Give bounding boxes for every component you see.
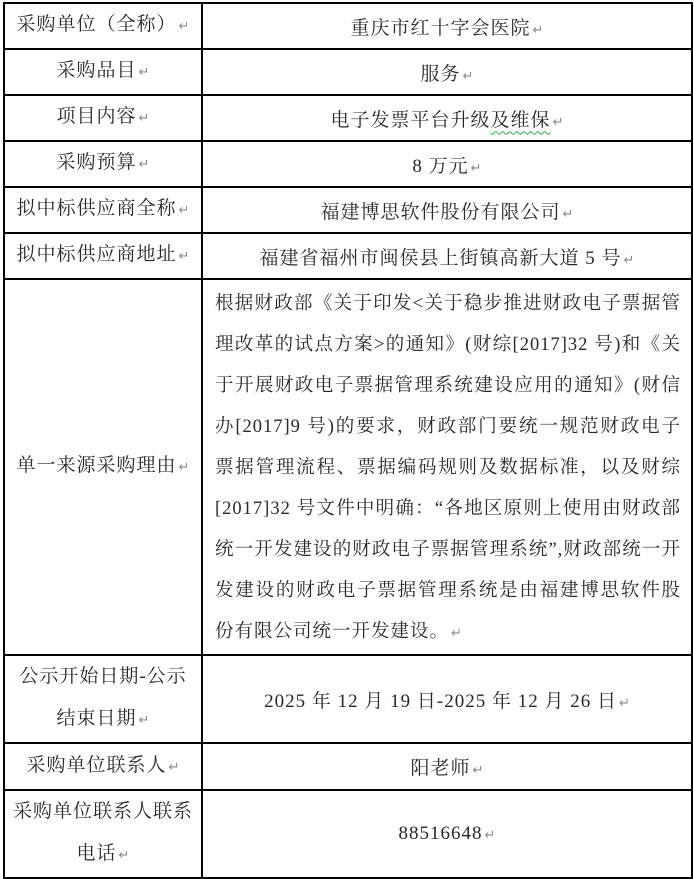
value-text: 服务 (421, 64, 461, 85)
label-text: 拟中标供应商全称 (17, 198, 177, 219)
procurement-announcement-table: 采购单位（全称）↵ 重庆市红十字会医院↵ 采购品目↵ 服务↵ 项目内容↵ 电子发… (3, 2, 693, 815)
paragraph-mark-icon: ↵ (624, 253, 635, 268)
value-text: 重庆市红十字会医院 (351, 18, 531, 39)
row-label-contact-phone: 采购单位联系人联系电话↵ (4, 790, 202, 815)
label-text: 项目内容 (57, 106, 137, 127)
paragraph-mark-icon: ↵ (169, 760, 180, 775)
value-text: 电子发票平台升级 (331, 110, 491, 131)
row-label-project-content: 项目内容↵ (4, 95, 202, 141)
row-value-purchasing-unit: 重庆市红十字会医院↵ (202, 3, 692, 49)
value-text: 福建省福州市闽侯县上街镇高新大道 5 号 (260, 248, 622, 269)
table-row: 公示开始日期-公示结束日期↵ 2025 年 12 月 19 日-2025 年 1… (4, 655, 692, 743)
paragraph-mark-icon: ↵ (619, 696, 630, 711)
label-text: 单一来源采购理由 (17, 455, 177, 476)
paragraph-mark-icon: ↵ (553, 115, 564, 130)
label-text: 采购预算 (57, 152, 137, 173)
table-row: 采购单位（全称）↵ 重庆市红十字会医院↵ (4, 3, 692, 49)
paragraph-mark-icon: ↵ (463, 69, 474, 84)
row-value-contact-person: 阳老师↵ (202, 743, 692, 790)
label-text: 公示开始日期-公示结束日期 (19, 666, 186, 729)
row-label-winning-supplier-address: 拟中标供应商地址↵ (4, 233, 202, 279)
row-value-contact-phone: 88516648↵ (202, 790, 692, 815)
paragraph-mark-icon: ↵ (179, 249, 190, 264)
row-value-single-source-reason: 根据财政部《关于印发<关于稳步推进财政电子票据管理改革的试点方案>的通知》(财综… (202, 279, 692, 655)
row-value-winning-supplier-address: 福建省福州市闽侯县上街镇高新大道 5 号↵ (202, 233, 692, 279)
row-value-project-content: 电子发票平台升级及维保↵ (202, 95, 692, 141)
paragraph-mark-icon: ↵ (179, 460, 190, 475)
table-row: 采购单位联系人↵ 阳老师↵ (4, 743, 692, 790)
paragraph-mark-icon: ↵ (179, 203, 190, 218)
table-row: 采购单位联系人联系电话↵ 88516648↵ (4, 790, 692, 815)
paragraph-mark-icon: ↵ (471, 161, 482, 176)
paragraph-mark-icon: ↵ (139, 713, 150, 728)
table-row: 采购预算↵ 8 万元↵ (4, 141, 692, 187)
table-row: 单一来源采购理由↵ 根据财政部《关于印发<关于稳步推进财政电子票据管理改革的试点… (4, 279, 692, 655)
grammar-underlined-text: 及维保 (491, 110, 551, 131)
row-value-budget: 8 万元↵ (202, 141, 692, 187)
row-value-publicity-period: 2025 年 12 月 19 日-2025 年 12 月 26 日↵ (202, 655, 692, 743)
paragraph-mark-icon: ↵ (139, 111, 150, 126)
label-text: 采购品目 (57, 60, 137, 81)
row-label-procurement-category: 采购品目↵ (4, 49, 202, 95)
value-text: 2025 年 12 月 19 日-2025 年 12 月 26 日 (264, 691, 617, 712)
value-text: 阳老师 (411, 758, 471, 779)
row-label-winning-supplier-name: 拟中标供应商全称↵ (4, 187, 202, 233)
paragraph-mark-icon: ↵ (139, 157, 150, 172)
paragraph-mark-icon: ↵ (563, 207, 574, 222)
paragraph-mark-icon: ↵ (451, 626, 462, 641)
label-text: 采购单位联系人 (27, 755, 167, 776)
row-value-procurement-category: 服务↵ (202, 49, 692, 95)
label-text: 采购单位（全称） (17, 14, 177, 35)
paragraph-mark-icon: ↵ (473, 763, 484, 778)
label-text: 采购单位联系人联系电话 (13, 801, 193, 815)
row-value-winning-supplier-name: 福建博思软件股份有限公司↵ (202, 187, 692, 233)
row-label-contact-person: 采购单位联系人↵ (4, 743, 202, 790)
value-text: 8 万元 (412, 156, 468, 177)
label-text: 拟中标供应商地址 (17, 244, 177, 265)
value-text: 福建博思软件股份有限公司 (321, 202, 561, 223)
paragraph-mark-icon: ↵ (179, 19, 190, 34)
table-row: 拟中标供应商地址↵ 福建省福州市闽侯县上街镇高新大道 5 号↵ (4, 233, 692, 279)
table-row: 拟中标供应商全称↵ 福建博思软件股份有限公司↵ (4, 187, 692, 233)
reason-paragraph: 根据财政部《关于印发<关于稳步推进财政电子票据管理改革的试点方案>的通知》(财综… (215, 294, 681, 642)
table-row: 采购品目↵ 服务↵ (4, 49, 692, 95)
row-label-budget: 采购预算↵ (4, 141, 202, 187)
row-label-publicity-period: 公示开始日期-公示结束日期↵ (4, 655, 202, 743)
row-label-single-source-reason: 单一来源采购理由↵ (4, 279, 202, 655)
paragraph-mark-icon: ↵ (139, 65, 150, 80)
row-label-purchasing-unit: 采购单位（全称）↵ (4, 3, 202, 49)
paragraph-mark-icon: ↵ (533, 23, 544, 38)
table-row: 项目内容↵ 电子发票平台升级及维保↵ (4, 95, 692, 141)
